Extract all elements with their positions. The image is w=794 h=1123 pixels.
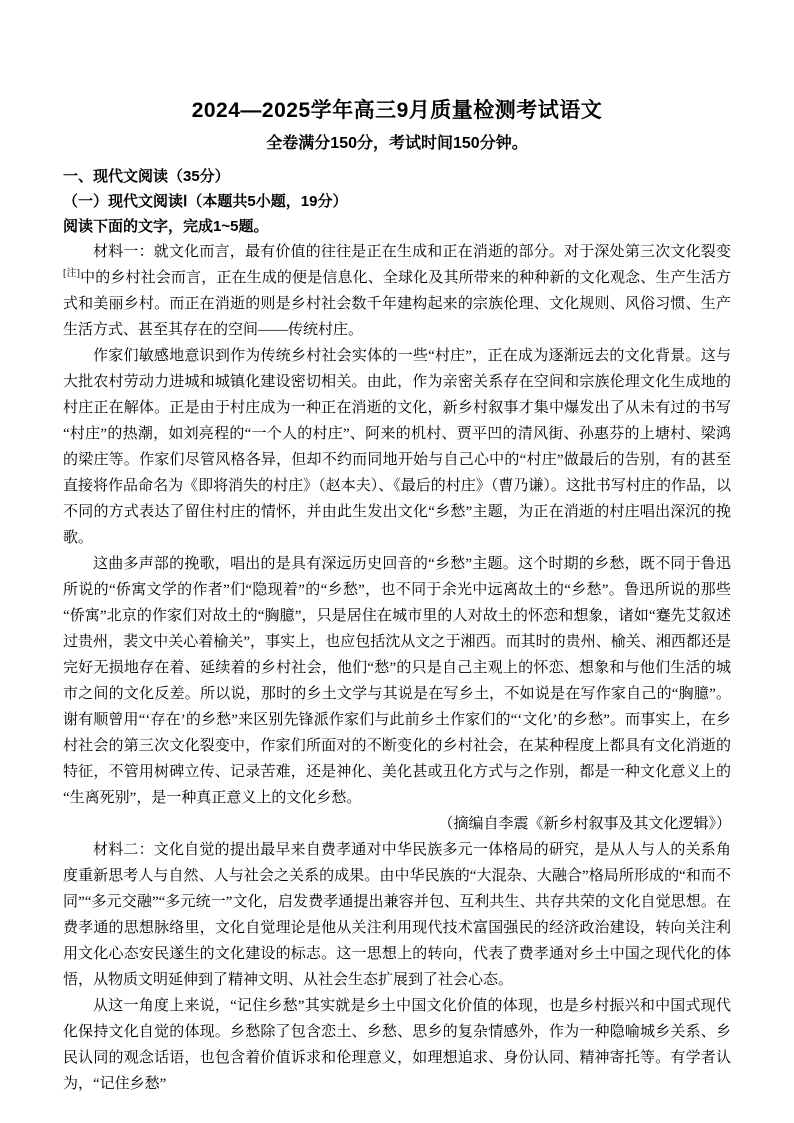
subsection-heading-reading-1: （一）现代文阅读Ⅰ（本题共5小题，19分） [63, 189, 731, 214]
section-heading-modern-reading: 一、现代文阅读（35分） [63, 164, 731, 189]
material1-paragraph-2: 作家们敏感地意识到作为传统乡村社会实体的一些“村庄”，正在成为逐渐远去的文化背景… [63, 343, 731, 551]
material2-paragraph-2: 从这一角度上来说，“记住乡愁”其实就是乡土中国文化价值的体现，也是乡村振兴和中国… [63, 993, 731, 1097]
material1-paragraph-1-text-post: 中的乡村社会而言，正在生成的便是信息化、全球化及其所带来的种种新的文化观念、生产… [63, 270, 731, 338]
page-title: 2024—2025学年高三9月质量检测考试语文 [63, 98, 731, 124]
material1-paragraph-1: 材料一：就文化而言，最有价值的往往是正在生成和正在消逝的部分。对于深处第三次文化… [63, 239, 731, 343]
reading-instruction: 阅读下面的文字，完成1~5题。 [63, 214, 731, 239]
material1-paragraph-3: 这曲多声部的挽歌，唱出的是具有深远历史回音的“乡愁”主题。这个时期的乡愁，既不同… [63, 551, 731, 811]
exam-paper-page: 2024—2025学年高三9月质量检测考试语文 全卷满分150分，考试时间150… [0, 0, 794, 1123]
material2-paragraph-1: 材料二：文化自觉的提出最早来自费孝通对中华民族多元一体格局的研究，是从人与人的关… [63, 837, 731, 993]
material1-paragraph-1-text-pre: 材料一：就文化而言，最有价值的往往是正在生成和正在消逝的部分。对于深处第三次文化… [93, 244, 731, 260]
material1-attribution: （摘编自李震《新乡村叙事及其文化逻辑》） [63, 811, 731, 837]
footnote-marker: [注] [63, 268, 80, 279]
page-subtitle: 全卷满分150分，考试时间150分钟。 [63, 133, 731, 155]
